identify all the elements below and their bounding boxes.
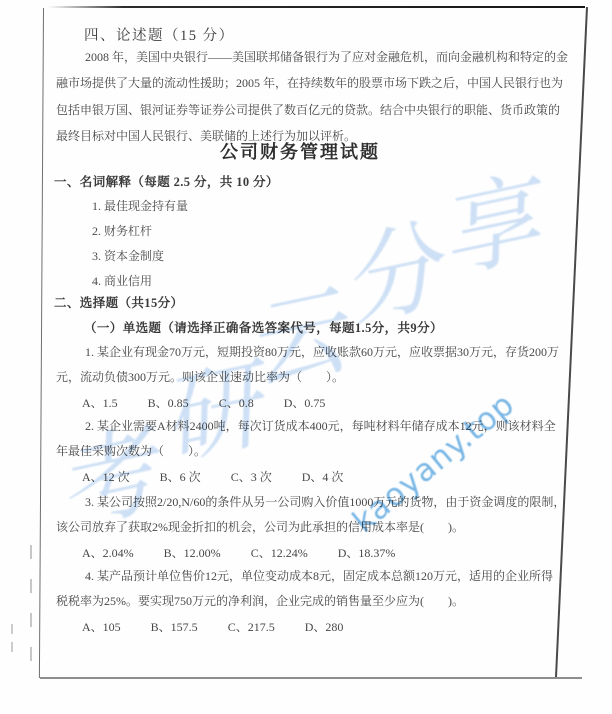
option-c: C、0.8 (219, 391, 254, 416)
choice-section-heading: 二、选择题（共15分） (54, 293, 183, 311)
term-item: 1. 最佳现金持有量 (92, 194, 188, 219)
option-a: A、2.04% (82, 541, 134, 566)
options-row: A、105 B、157.5 C、217.5 D、280 (56, 615, 551, 640)
essay-line: 融市场提供了大量的流动性援助；2005 年，在持续数年的股票市场下跌之后，中国人… (56, 70, 548, 96)
option-d: D、0.75 (284, 391, 326, 416)
option-c: C、217.5 (228, 615, 275, 640)
question-line: 元，流动负债300万元。则该企业速动比率为（ ）。 (56, 365, 551, 390)
question-line: 4. 某产品预计单位售价12元，单位变动成本8元，固定成本总额120万元，适用的… (56, 564, 551, 589)
exam-title: 公司财务管理试题 (44, 138, 556, 164)
question-block-3: 3. 某公司按照2/20,N/60的条件从另一公司购入价值1000万元的货物，由… (56, 490, 551, 566)
options-row: A、12 次 B、6 次 C、3 次 D、4 次 (56, 465, 551, 490)
essay-line: 包括申银万国、银河证券等证券公司提供了数百亿元的贷款。结合中央银行的职能、货币政… (56, 97, 548, 123)
single-choice-subheading: （一）单选题（请选择正确备选答案代号，每题1.5分，共9分） (84, 318, 443, 336)
question-block-1: 1. 某企业有现金70万元，短期投资80万元，应收账款60万元，应收票据30万元… (56, 340, 551, 416)
option-a: A、105 (82, 615, 121, 640)
question-line: 3. 某公司按照2/20,N/60的条件从另一公司购入价值1000万元的货物，由… (56, 490, 551, 515)
option-b: B、157.5 (151, 615, 198, 640)
option-a: A、1.5 (82, 391, 118, 416)
exam-content: 四、论述题（15 分） 2008 年，美国中央银行——美国联邦储备银行为了应对金… (0, 0, 612, 714)
essay-paragraph: 2008 年，美国中央银行——美国联邦储备银行为了应对金融危机，而向金融机构和特… (56, 44, 548, 150)
option-b: B、0.85 (148, 391, 189, 416)
option-c: C、3 次 (231, 465, 272, 490)
question-line: 税税率为25%。要实现750万元的净利润，企业完成的销售量至少应为( )。 (56, 589, 551, 614)
option-b: B、12.00% (164, 541, 221, 566)
option-a: A、12 次 (82, 465, 130, 490)
scanned-exam-page: 四、论述题（15 分） 2008 年，美国中央银行——美国联邦储备银行为了应对金… (0, 0, 612, 714)
term-item: 2. 财务杠杆 (92, 219, 188, 244)
term-item: 4. 商业信用 (92, 269, 188, 294)
terms-list: 1. 最佳现金持有量 2. 财务杠杆 3. 资本金制度 4. 商业信用 (92, 194, 188, 294)
question-line: 年最佳采购次数为（ ）。 (56, 439, 551, 464)
option-d: D、280 (305, 615, 344, 640)
essay-section-heading: 四、论述题（15 分） (84, 24, 235, 45)
term-item: 3. 资本金制度 (92, 244, 188, 269)
option-b: B、6 次 (160, 465, 201, 490)
question-block-2: 2. 某企业需要A材料2400吨，每次订货成本400元，每吨材料年储存成本12元… (56, 414, 551, 490)
options-row: A、1.5 B、0.85 C、0.8 D、0.75 (56, 391, 551, 416)
question-line: 1. 某企业有现金70万元，短期投资80万元，应收账款60万元，应收票据30万元… (56, 340, 551, 365)
option-d: D、4 次 (302, 465, 344, 490)
option-d: D、18.37% (338, 541, 396, 566)
essay-line: 2008 年，美国中央银行——美国联邦储备银行为了应对金融危机，而向金融机构和特… (56, 44, 548, 70)
options-row: A、2.04% B、12.00% C、12.24% D、18.37% (56, 541, 551, 566)
question-line: 2. 某企业需要A材料2400吨，每次订货成本400元，每吨材料年储存成本12元… (56, 414, 551, 439)
terms-section-heading: 一、名词解释（每题 2.5 分，共 10 分） (54, 172, 279, 190)
option-c: C、12.24% (251, 541, 308, 566)
question-line: 该公司放弃了获取2%现金折扣的机会，公司为此承担的信用成本率是( )。 (56, 515, 551, 540)
question-block-4: 4. 某产品预计单位售价12元，单位变动成本8元，固定成本总额120万元，适用的… (56, 564, 551, 640)
